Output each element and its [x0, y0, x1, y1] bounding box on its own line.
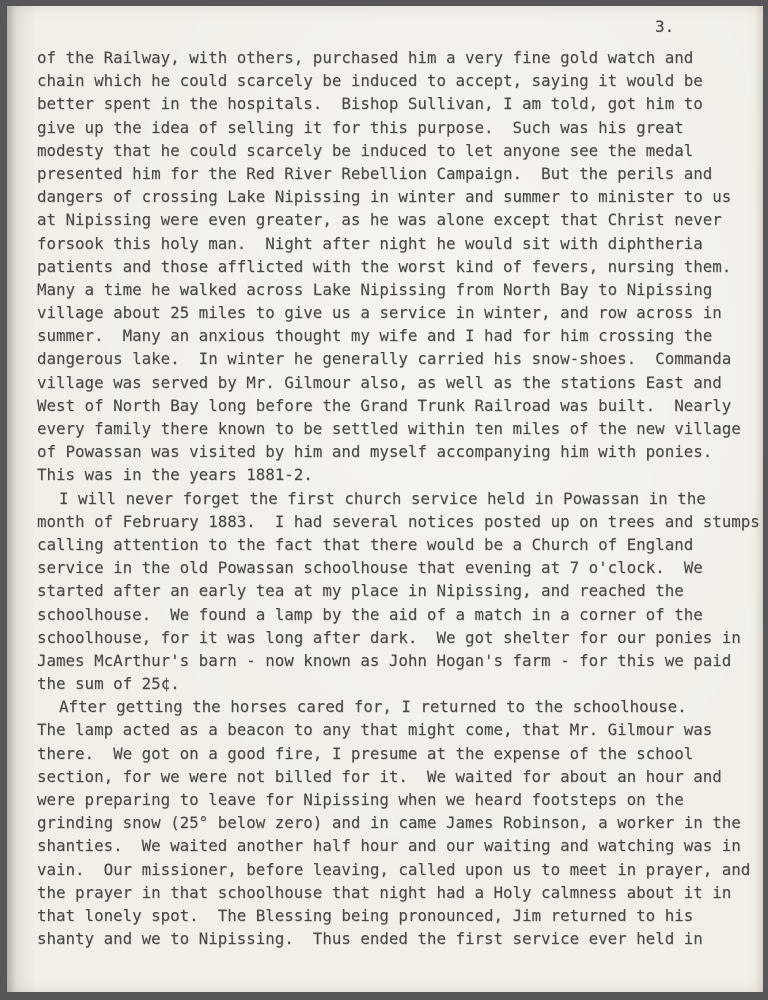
- text-line: at Nipissing were even greater, as he wa…: [37, 208, 763, 231]
- paragraph: I will never forget the first church ser…: [37, 487, 763, 696]
- text-line: service in the old Powassan schoolhouse …: [37, 556, 763, 579]
- text-line: summer. Many an anxious thought my wife …: [37, 324, 763, 347]
- text-line: shanties. We waited another half hour an…: [37, 834, 763, 857]
- text-line: forsook this holy man. Night after night…: [37, 232, 763, 255]
- text-line: dangers of crossing Lake Nipissing in wi…: [37, 185, 763, 208]
- text-line: were preparing to leave for Nipissing wh…: [37, 788, 763, 811]
- text-line: there. We got on a good fire, I presume …: [37, 742, 763, 765]
- text-line: shanty and we to Nipissing. Thus ended t…: [37, 927, 763, 950]
- text-line: the prayer in that schoolhouse that nigh…: [37, 881, 763, 904]
- text-line: village was served by Mr. Gilmour also, …: [37, 371, 763, 394]
- text-line: dangerous lake. In winter he generally c…: [37, 347, 763, 370]
- text-line: started after an early tea at my place i…: [37, 579, 763, 602]
- text-line: modesty that he could scarcely be induce…: [37, 139, 763, 162]
- text-line: vain. Our missioner, before leaving, cal…: [37, 858, 763, 881]
- text-line: presented him for the Red River Rebellio…: [37, 162, 763, 185]
- text-line: patients and those afflicted with the wo…: [37, 255, 763, 278]
- text-line: calling attention to the fact that there…: [37, 533, 763, 556]
- paragraph: After getting the horses cared for, I re…: [37, 695, 763, 950]
- text-line: schoolhouse. We found a lamp by the aid …: [37, 603, 763, 626]
- text-line: month of February 1883. I had several no…: [37, 510, 763, 533]
- text-line: grinding snow (25° below zero) and in ca…: [37, 811, 763, 834]
- page-body: of the Railway, with others, purchased h…: [37, 46, 763, 950]
- text-line: Many a time he walked across Lake Nipiss…: [37, 278, 763, 301]
- text-line: that lonely spot. The Blessing being pro…: [37, 904, 763, 927]
- text-line: I will never forget the first church ser…: [37, 487, 763, 510]
- text-line: After getting the horses cared for, I re…: [37, 695, 763, 718]
- text-line: section, for we were not billed for it. …: [37, 765, 763, 788]
- text-line: The lamp acted as a beacon to any that m…: [37, 718, 763, 741]
- text-line: This was in the years 1881-2.: [37, 463, 763, 486]
- text-line: chain which he could scarcely be induced…: [37, 69, 763, 92]
- text-line: every family there known to be settled w…: [37, 417, 763, 440]
- page-number: 3.: [655, 17, 674, 36]
- text-line: better spent in the hospitals. Bishop Su…: [37, 92, 763, 115]
- page-edge-shadow: [7, 6, 35, 992]
- paragraph: of the Railway, with others, purchased h…: [37, 46, 763, 487]
- text-line: James McArthur's barn - now known as Joh…: [37, 649, 763, 672]
- text-line: give up the idea of selling it for this …: [37, 116, 763, 139]
- text-line: West of North Bay long before the Grand …: [37, 394, 763, 417]
- text-line: of Powassan was visited by him and mysel…: [37, 440, 763, 463]
- text-line: of the Railway, with others, purchased h…: [37, 46, 763, 69]
- text-line: the sum of 25¢.: [37, 672, 763, 695]
- text-line: schoolhouse, for it was long after dark.…: [37, 626, 763, 649]
- document-page: 3. of the Railway, with others, purchase…: [7, 6, 763, 992]
- scan-frame: 3. of the Railway, with others, purchase…: [0, 0, 768, 1000]
- text-line: village about 25 miles to give us a serv…: [37, 301, 763, 324]
